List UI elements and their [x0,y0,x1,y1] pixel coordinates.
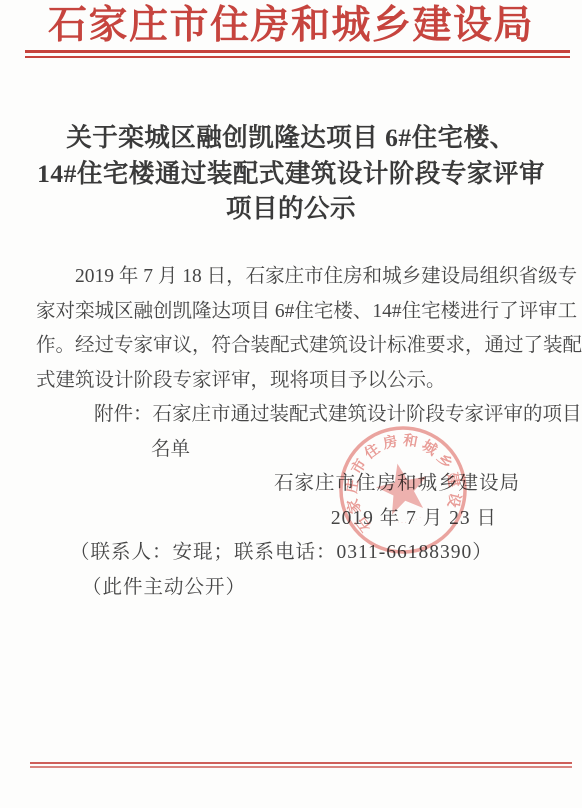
signature-date: 2019 年 7 月 23 日 [331,502,497,537]
body-line: 2019 年 7 月 18 日，石家庄市住房和城乡建设局组织省级专 [36,260,548,295]
letterhead-title: 石家庄市住房和城乡建设局 [0,0,582,50]
attachment-line: 附件：石家庄市通过装配式建筑设计阶段专家评审的项目 [36,398,548,433]
document-title-line: 关于栾城区融创凯隆达项目 6#住宅楼、 [0,120,582,156]
document-page: 石家庄市住房和城乡建设局 关于栾城区融创凯隆达项目 6#住宅楼、 14#住宅楼通… [0,0,582,808]
body-line: 式建筑设计阶段专家评审，现将项目予以公示。 [36,364,548,399]
footer-divider [30,762,572,768]
attachment-line-continuation: 名单 [36,433,548,468]
disclosure-note: （此件主动公开） [82,571,246,606]
contact-info: （联系人：安琨；联系电话：0311-66188390） [70,536,493,571]
document-body: 2019 年 7 月 18 日，石家庄市住房和城乡建设局组织省级专 家对栾城区融… [36,260,548,468]
body-line: 家对栾城区融创凯隆达项目 6#住宅楼、14#住宅楼进行了评审工 [36,295,548,330]
document-title: 关于栾城区融创凯隆达项目 6#住宅楼、 14#住宅楼通过装配式建筑设计阶段专家评… [0,120,582,227]
document-title-line: 14#住宅楼通过装配式建筑设计阶段专家评审 [0,156,582,192]
document-title-line: 项目的公示 [0,191,582,227]
body-line: 作。经过专家审议，符合装配式建筑设计标准要求，通过了装配 [36,329,548,364]
signature-organization: 石家庄市住房和城乡建设局 [274,467,520,502]
letterhead-divider [25,50,570,58]
